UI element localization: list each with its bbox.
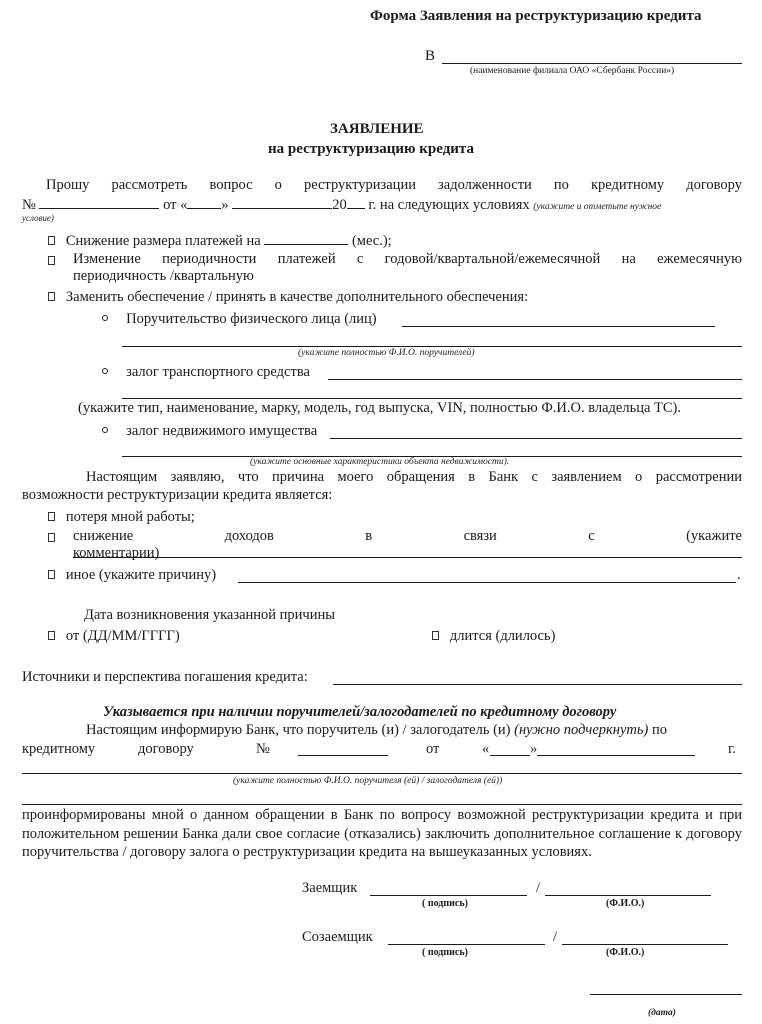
guarantee-field-2[interactable]: [122, 346, 742, 347]
guarantor-contract-day-field[interactable]: [490, 755, 530, 756]
sources-label: Источники и перспектива погашения кредит…: [22, 669, 308, 686]
contract-number-field[interactable]: [39, 196, 159, 209]
option-reduce-payments: Снижение размера платежей на (мес.);: [48, 232, 392, 250]
from-label: от «: [163, 197, 187, 213]
checkbox-job-loss[interactable]: [48, 512, 55, 521]
date-lasts: длится (длилось): [432, 628, 555, 645]
date-label: Дата возникновения указанной причины: [84, 607, 335, 624]
guarantor-fio-field[interactable]: [22, 773, 742, 774]
reason-other: иное (укажите причину): [48, 567, 216, 584]
borrower-fio-field[interactable]: [545, 895, 711, 896]
checkbox-replace-security[interactable]: [48, 292, 55, 301]
borrower-label: Заемщик: [302, 880, 357, 897]
bullet-circle-icon: [102, 427, 108, 433]
suboption-realty: залог недвижимого имущества: [102, 423, 317, 440]
branch-name-note: (наименование филиала ОАО «Сбербанк Росс…: [470, 66, 674, 76]
guarantor-contract-month-field[interactable]: [537, 755, 695, 756]
months-field[interactable]: [264, 232, 348, 245]
suboption-vehicle: залог транспортного средства: [102, 364, 310, 381]
reason-income-drop: [48, 530, 55, 547]
reason-job-loss: потеря мной работы;: [48, 509, 195, 526]
option-replace-security: Заменить обеспечение / принять в качеств…: [48, 289, 528, 306]
date-from: от (ДД/ММ/ГГГГ): [48, 628, 180, 645]
checkbox-date-lasts[interactable]: [432, 631, 439, 640]
doc-title: ЗАЯВЛЕНИЕ: [330, 121, 424, 138]
checkbox-other[interactable]: [48, 570, 55, 579]
guarantor-fio-field-2[interactable]: [22, 804, 742, 805]
bullet-circle-icon: [102, 368, 108, 374]
intro-line: Прошу рассмотреть вопрос о реструктуриза…: [46, 177, 742, 194]
intro-number-row: № от «» 20 г. на следующих условиях (ука…: [22, 196, 661, 214]
contract-year-field[interactable]: [347, 196, 365, 209]
guarantors-heading: Указывается при наличии поручителей/зало…: [103, 704, 616, 721]
number-label: №: [22, 197, 36, 213]
option-change-periodicity: [48, 253, 55, 270]
date-field[interactable]: [590, 994, 742, 995]
coborrower-signature-field[interactable]: [388, 944, 545, 945]
guarantee-field[interactable]: [402, 326, 715, 327]
checkbox-change-periodicity[interactable]: [48, 256, 55, 265]
guarantors-paragraph: проинформированы мной о данном обращении…: [22, 806, 742, 862]
other-reason-field[interactable]: [238, 582, 736, 583]
bullet-circle-icon: [102, 315, 108, 321]
sources-field[interactable]: [333, 684, 742, 685]
coborrower-fio-field[interactable]: [562, 944, 728, 945]
checkbox-reduce-payments[interactable]: [48, 236, 55, 245]
vehicle-field-2[interactable]: [122, 398, 742, 399]
doc-subtitle: на реструктуризацию кредита: [268, 141, 474, 158]
form-title: Форма Заявления на реструктуризацию кред…: [370, 8, 702, 25]
coborrower-label: Созаемщик: [302, 929, 373, 946]
contract-day-field[interactable]: [187, 196, 221, 209]
checkbox-income-drop[interactable]: [48, 533, 55, 542]
borrower-signature-field[interactable]: [370, 895, 527, 896]
guarantor-contract-number-field[interactable]: [298, 755, 388, 756]
suboption-guarantee: Поручительство физического лица (лиц): [102, 311, 377, 328]
branch-name-field[interactable]: [442, 63, 742, 64]
income-comment-field[interactable]: [73, 557, 742, 558]
conditions-label: г. на следующих условиях: [368, 197, 529, 213]
contract-month-field[interactable]: [232, 196, 332, 209]
checkbox-date-from[interactable]: [48, 631, 55, 640]
to-prefix: В: [425, 48, 435, 65]
vehicle-field[interactable]: [328, 379, 742, 380]
realty-field[interactable]: [330, 438, 742, 439]
